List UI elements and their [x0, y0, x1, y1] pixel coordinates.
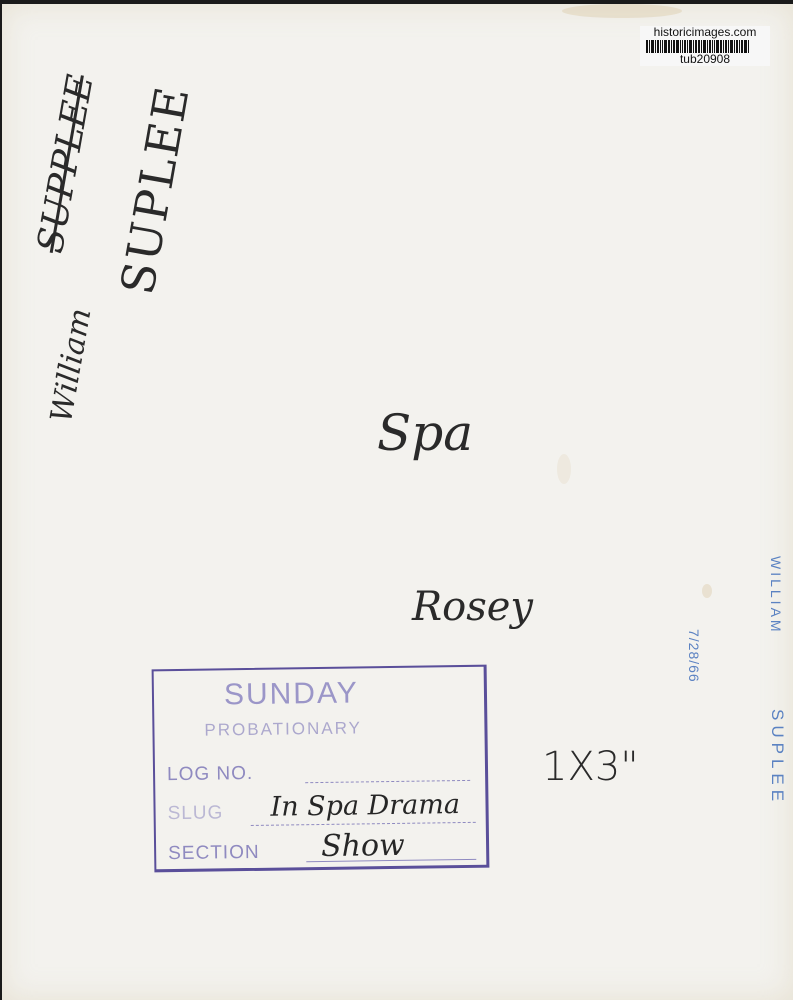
paper-stain [562, 4, 682, 18]
stamp-slug-label: SLUG [167, 802, 223, 825]
stamp-log-label: LOG NO. [167, 763, 253, 786]
handwritten-note-spa: Spa [377, 404, 473, 462]
handwritten-note-rosey: Rosey [412, 584, 533, 630]
barcode-label: historicimages.com tub20908 [640, 26, 770, 66]
blue-note-name: WILLIAM [768, 556, 784, 635]
barcode-id-text: tub20908 [640, 53, 770, 65]
blue-note-surname: SUPLEE [767, 709, 787, 806]
handwritten-surname: SUPLEE [110, 81, 200, 298]
handwritten-first-name: William [44, 306, 98, 425]
paper-stain [702, 584, 712, 598]
stamp-slug-value: In Spa Drama [270, 789, 460, 823]
photo-back-paper: historicimages.com tub20908 William SUPP… [2, 4, 793, 1000]
stamp-subtitle: PROBATIONARY [204, 718, 362, 740]
barcode-site-text: historicimages.com [640, 26, 770, 39]
stamp-log-line [305, 780, 470, 783]
stamp-section-value: Show [321, 828, 405, 864]
stamp-section-label: SECTION [168, 842, 260, 865]
handwritten-dimensions: 1X3" [542, 744, 639, 790]
paper-stain [557, 454, 571, 484]
sunday-stamp: SUNDAY PROBATIONARY LOG NO. SLUG In Spa … [152, 665, 490, 873]
handwritten-crossed-out-surname: SUPPLEE [30, 72, 102, 256]
blue-note-date: 7/28/66 [686, 629, 702, 683]
stamp-title: SUNDAY [224, 676, 359, 712]
crossed-out-surname-text: SUPPLEE [30, 72, 102, 256]
